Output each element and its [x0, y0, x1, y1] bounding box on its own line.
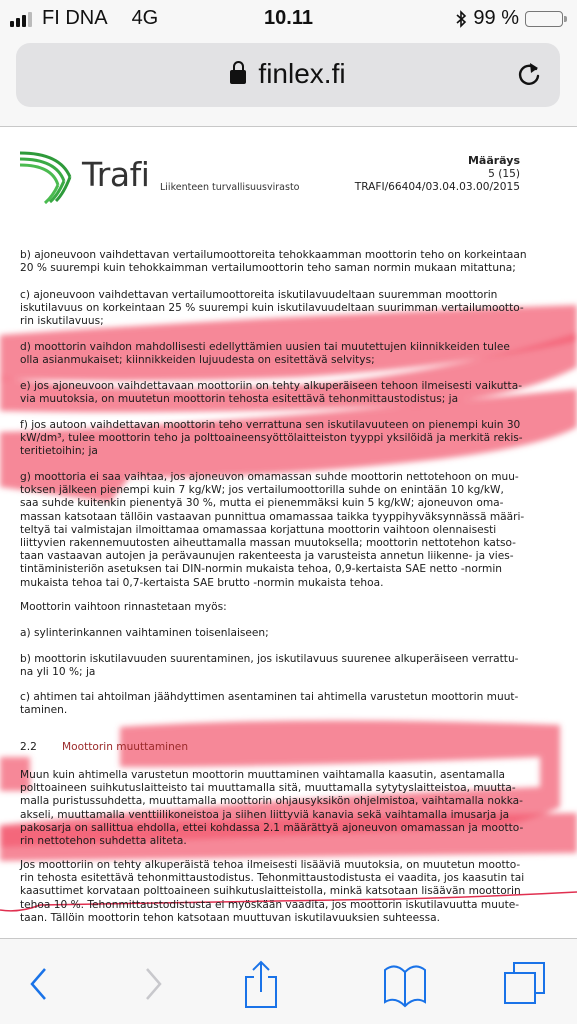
text-line: e) jos ajoneuvoon vaihdettavaan moottori…	[20, 380, 535, 393]
text-line: Jos moottoriin on tehty alkuperäistä teh…	[20, 859, 535, 872]
paragraph-also-c: c) ahtimen tai ahtoilman jäähdyttimen as…	[20, 691, 535, 717]
text-line: saa suhde kuitenkin pienentyä 30 %, mutt…	[20, 497, 535, 510]
chevron-left-icon	[27, 966, 51, 1002]
doc-type: Määräys	[355, 154, 520, 168]
logo-wordmark: Trafi	[82, 155, 149, 194]
text-line: mukaista tehoa tai 0,7-kertaista SAE bru…	[20, 577, 535, 590]
text-line: teltyä tai valmistajan ilmoittamaa omama…	[20, 524, 535, 537]
lock-icon	[230, 70, 246, 84]
tabs-button[interactable]	[500, 959, 550, 1009]
text-line: c) ajoneuvoon vaihdettavan vertailumoott…	[20, 289, 535, 302]
browser-top-chrome: FI DNA 4G 10.11 99 % finlex.fi	[0, 0, 577, 127]
chevron-right-icon	[141, 966, 165, 1002]
bookmarks-button[interactable]	[380, 959, 430, 1009]
logo-subtitle: Liikenteen turvallisuusvirasto	[160, 182, 360, 193]
text-line: 20 % suurempi kuin tehokkaimman vertailu…	[20, 262, 535, 275]
paragraph-power: Jos moottoriin on tehty alkuperäistä teh…	[20, 859, 535, 925]
text-line: Muun kuin ahtimella varustetun moottorin…	[20, 769, 535, 782]
text-line: tintäministeriön asetuksen tai DIN-normi…	[20, 563, 535, 576]
text-line: toksen jälkeen pienempi kuin 7 kg/kW; jo…	[20, 484, 535, 497]
share-button[interactable]	[236, 959, 286, 1009]
bluetooth-icon	[455, 10, 467, 28]
text-line: olla asianmukaiset; kiinnikkeiden lujuud…	[20, 354, 535, 367]
text-line: na yli 10 %; ja	[20, 666, 535, 679]
paragraph-g: g) moottoria ei saa vaihtaa, jos ajoneuv…	[20, 471, 535, 590]
text-line: f) jos autoon vaihdettavan moottorin teh…	[20, 419, 535, 432]
text-line: g) moottoria ei saa vaihtaa, jos ajoneuv…	[20, 471, 535, 484]
trafi-swoosh-icon	[20, 149, 80, 204]
text-line: kaasuttimet korvataan polttoaineen suihk…	[20, 885, 535, 898]
text-line: akseli, muuttamalla venttiilikoneistoa j…	[20, 809, 535, 822]
text-line: pakosarja on sallittua ehdolla, ettei ko…	[20, 822, 535, 835]
doc-reference: TRAFI/66404/03.04.03.00/2015	[355, 181, 520, 195]
paragraph-e: e) jos ajoneuvoon vaihdettavaan moottori…	[20, 380, 535, 406]
text-line: kW/dm³, tulee moottorin teho ja polttoai…	[20, 432, 535, 445]
document-header: Määräys 5 (15) TRAFI/66404/03.04.03.00/2…	[355, 154, 520, 195]
browser-toolbar	[0, 938, 577, 1024]
text-line: taminen.	[20, 704, 535, 717]
text-line: rin iskutilavuus;	[20, 315, 535, 328]
text-line: b) ajoneuvoon vaihdettavan vertailumoott…	[20, 249, 535, 262]
paragraph-f: f) jos autoon vaihdettavan moottorin teh…	[20, 419, 535, 459]
paragraph-also-b: b) moottorin iskutilavuuden suurentamine…	[20, 653, 535, 679]
section-title: Moottorin muuttaminen	[62, 741, 577, 754]
text-line: liittyvien rakennemuutosten aiheuttamall…	[20, 537, 535, 550]
paragraph-c: c) ajoneuvoon vaihdettavan vertailumoott…	[20, 289, 535, 329]
paragraph-also-a: a) sylinterinkannen vaihtaminen toisenla…	[20, 627, 535, 640]
book-icon	[381, 960, 429, 1008]
status-bar: FI DNA 4G 10.11 99 %	[0, 0, 577, 38]
text-line: malla puristussuhdetta, muuttamalla moot…	[20, 795, 535, 808]
text-line: teritietoihin; ja	[20, 445, 535, 458]
text-line: via muutoksia, on muutetun moottorin teh…	[20, 393, 535, 406]
paragraph-d: d) moottorin vaihdon mahdollisesti edell…	[20, 341, 535, 367]
battery-percent: 99 %	[473, 7, 519, 30]
page-number: 5 (15)	[355, 168, 520, 182]
paragraph-b: b) ajoneuvoon vaihdettavan vertailumoott…	[20, 249, 535, 275]
tabs-icon	[501, 960, 549, 1008]
trafi-logo: Trafi Liikenteen turvallisuusvirasto	[20, 149, 80, 208]
url-text[interactable]: finlex.fi	[258, 58, 345, 89]
text-line: d) moottorin vaihdon mahdollisesti edell…	[20, 341, 535, 354]
text-line: massan katsotaan tällöin vastaavan punni…	[20, 511, 535, 524]
paragraph-also-intro: Moottorin vaihtoon rinnastetaan myös:	[20, 601, 535, 614]
text-line: iskutilavuus on korkeintaan 25 % suuremp…	[20, 302, 535, 315]
forward-button[interactable]	[128, 959, 178, 1009]
back-button[interactable]	[14, 959, 64, 1009]
text-line: Moottorin vaihtoon rinnastetaan myös:	[20, 601, 535, 614]
text-line: taan. Tällöin moottorin tehon katsotaan …	[20, 912, 535, 925]
share-icon	[241, 959, 281, 1009]
text-line: taan vastaavan autojen ja perävaunujen r…	[20, 550, 535, 563]
text-line: a) sylinterinkannen vaihtaminen toisenla…	[20, 627, 535, 640]
battery-icon	[525, 11, 563, 27]
text-line: tehoa 10 %. Tehonmittaustodistusta ei my…	[20, 899, 535, 912]
text-line: rin nettotehon suhdetta aliteta.	[20, 835, 535, 848]
text-line: polttoaineen suihkutuslaitteisto tai muu…	[20, 782, 535, 795]
address-bar[interactable]: finlex.fi	[16, 43, 560, 107]
text-line: b) moottorin iskutilavuuden suurentamine…	[20, 653, 535, 666]
text-line: rin tehosta esitettävä tehonmittaustodis…	[20, 872, 535, 885]
paragraph-mod: Muun kuin ahtimella varustetun moottorin…	[20, 769, 535, 848]
text-line: c) ahtimen tai ahtoilman jäähdyttimen as…	[20, 691, 535, 704]
reload-icon[interactable]	[514, 59, 544, 89]
web-page[interactable]: Trafi Liikenteen turvallisuusvirasto Mää…	[0, 127, 577, 937]
